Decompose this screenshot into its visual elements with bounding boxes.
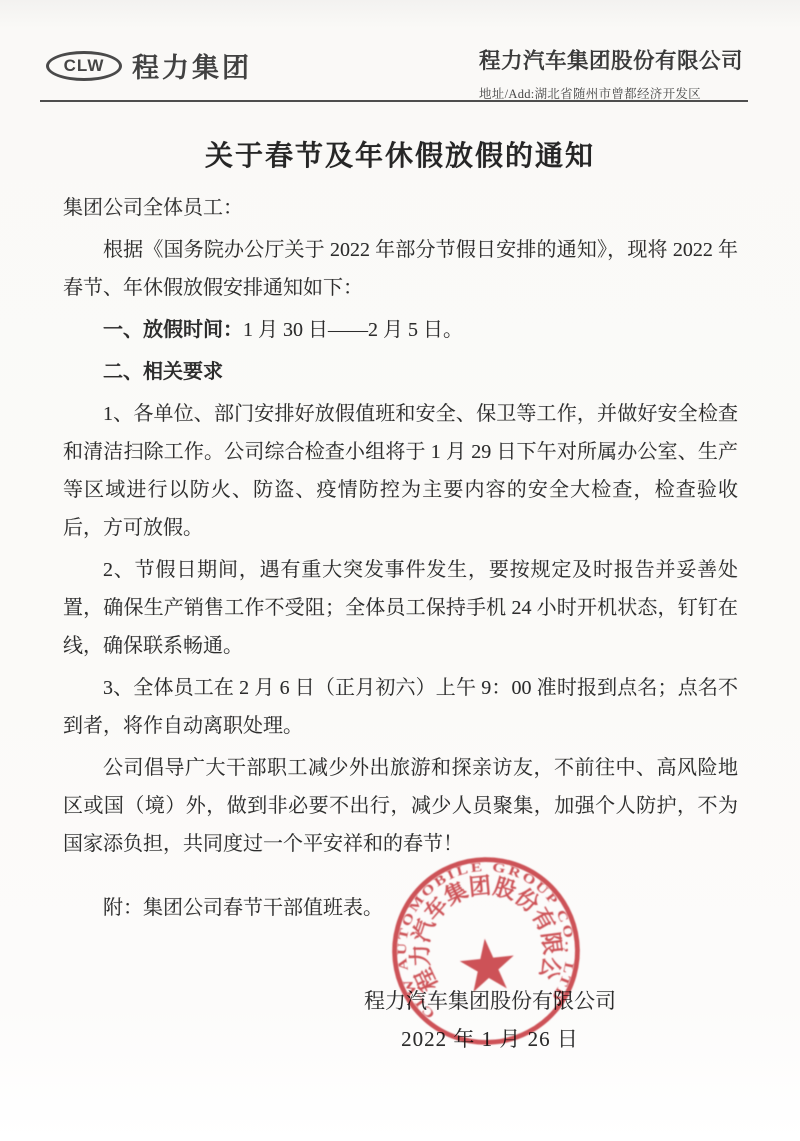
paragraph-attachment: 附：集团公司春节干部值班表。 (63, 889, 738, 927)
notice-body: 集团公司全体员工： 根据《国务院办公厅关于 2022 年部分节假日安排的通知》，… (63, 189, 738, 931)
header-divider (40, 100, 748, 102)
section1-heading: 一、放假时间： (103, 319, 243, 341)
paragraph-item3: 3、全体员工在 2 月 6 日（正月初六）上午 9：00 准时报到点名；点名不到… (63, 669, 738, 745)
logo-brand-name: 程力集团 (132, 46, 252, 85)
paragraph-intro: 根据《国务院办公厅关于 2022 年部分节假日安排的通知》，现将 2022 年春… (63, 231, 738, 307)
paragraph-item1: 1、各单位、部门安排好放假值班和安全、保卫等工作，并做好安全检查和清洁扫除工作。… (63, 395, 738, 547)
section1-dates: 1 月 30 日——2 月 5 日。 (243, 319, 463, 341)
company-logo: CLW 程力集团 (46, 46, 252, 85)
page-title: 关于春节及年休假放假的通知 (0, 134, 800, 174)
header-company-name: 程力汽车集团股份有限公司 (479, 44, 749, 75)
paragraph-requirements-heading: 二、相关要求 (63, 353, 738, 391)
header-company-block: 程力汽车集团股份有限公司 地址/Add:湖北省随州市曾都经济开发区 (479, 44, 749, 102)
paragraph-advocacy: 公司倡导广大干部职工减少外出旅游和探亲访友，不前往中、高风险地区或国（境）外，做… (63, 749, 738, 863)
clw-logo-icon: CLW (46, 51, 122, 81)
salutation: 集团公司全体员工： (63, 189, 738, 227)
signature-block: 程力汽车集团股份有限公司 2022 年 1 月 26 日 (340, 982, 640, 1058)
paragraph-holiday-time: 一、放假时间：1 月 30 日——2 月 5 日。 (63, 311, 738, 349)
logo-abbr: CLW (64, 56, 105, 76)
signature-company: 程力汽车集团股份有限公司 (340, 982, 640, 1020)
paragraph-item2: 2、节假日期间，遇有重大突发事件发生，要按规定及时报告并妥善处置，确保生产销售工… (63, 551, 738, 665)
signature-date: 2022 年 1 月 26 日 (340, 1020, 640, 1058)
notice-page: CLW 程力集团 程力汽车集团股份有限公司 地址/Add:湖北省随州市曾都经济开… (0, 0, 800, 1141)
